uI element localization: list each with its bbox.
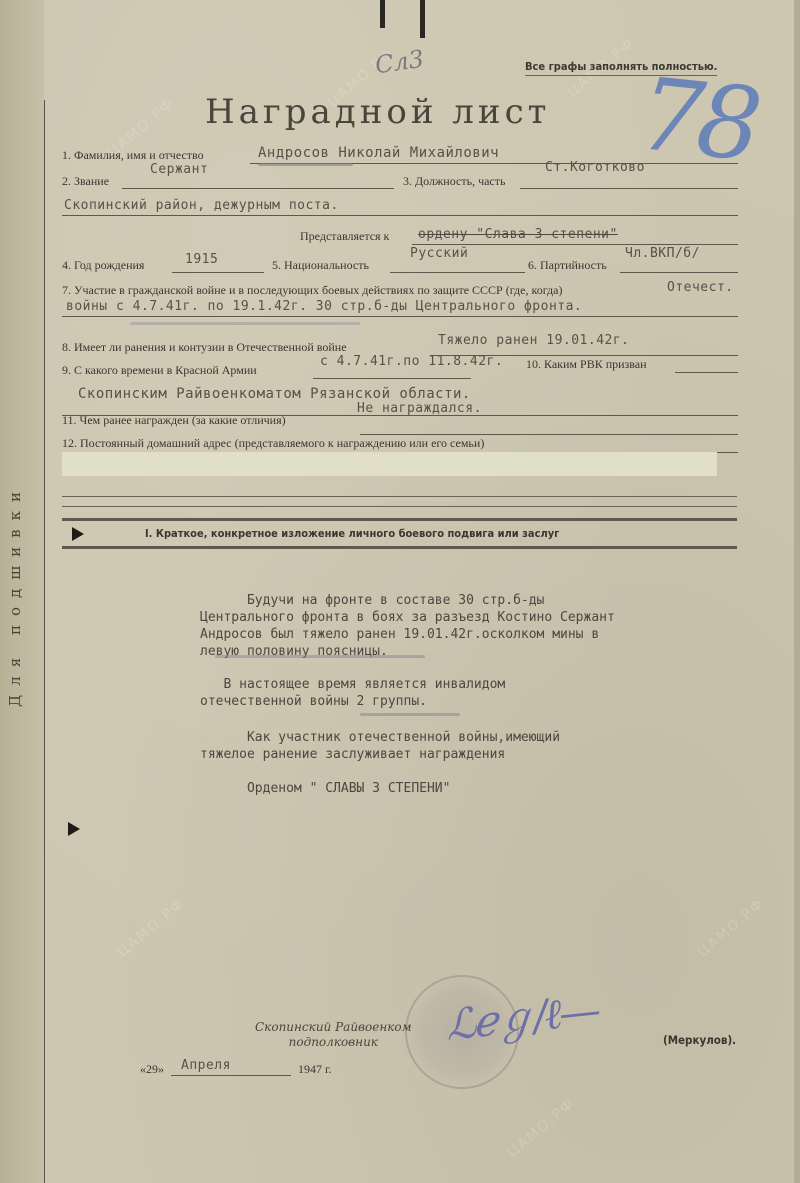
citation-paragraph-4: Орденом " СЛАВЫ 3 СТЕПЕНИ": [200, 780, 450, 797]
pencil-underline: [258, 163, 353, 166]
field-label: 6. Партийность: [528, 258, 607, 272]
citation-paragraph-3: Как участник отечественной войны,имеющий…: [200, 729, 560, 763]
field-label: 7. Участие в гражданской войне и в после…: [62, 283, 562, 297]
citation-paragraph-1: Будучи на фронте в составе 30 стр.б-ды Ц…: [200, 592, 615, 660]
document-title: Наградной лист: [205, 92, 550, 132]
signer-title: Скопинский Райвоенком подполковник: [255, 1020, 412, 1050]
rvk-value: Скопинским Райвоенкоматом Рязанской обла…: [78, 386, 471, 402]
combat-participation-value-1: Отечест.: [667, 280, 734, 295]
field-nationality: 5. Национальность: [272, 258, 369, 273]
date-year: 1947 г.: [298, 1062, 332, 1076]
award-sheet-page: Для подшивки ЦАМО.РФ ЦАМО.РФ ЦАМО.РФ ЦАМ…: [0, 0, 800, 1183]
birth-year-value: 1915: [185, 252, 218, 267]
page-edge: [794, 0, 800, 1183]
field-label: 1. Фамилия, имя и отчество: [62, 148, 204, 162]
field-label: 11. Чем ранее награжден (за какие отличи…: [62, 413, 286, 427]
field-label: 12. Постоянный домашний адрес (представл…: [62, 436, 484, 450]
field-wounds: 8. Имеет ли ранения и контузии в Отечест…: [62, 340, 347, 355]
field-combat-participation: 7. Участие в гражданской войне и в после…: [62, 283, 562, 298]
citation-paragraph-2: В настоящее время является инвалидом оте…: [200, 676, 505, 710]
field-label: 5. Национальность: [272, 258, 369, 272]
date-month-line: Апреля: [171, 1060, 291, 1076]
field-birth-year: 4. Год рождения: [62, 258, 144, 273]
section-rule-top: [62, 518, 737, 521]
pencil-underline: [215, 655, 425, 658]
rank-value: Сержант: [150, 162, 208, 177]
field-red-army-since: 9. С какого времени в Красной Армии: [62, 363, 257, 378]
field-rvk: 10. Каким РВК призван: [526, 357, 647, 372]
signer-title-line-2: подполковник: [255, 1035, 412, 1050]
previous-awards-line: [360, 418, 738, 435]
date-line: «29» Апреля 1947 г.: [140, 1062, 332, 1078]
nationality-value: Русский: [410, 246, 468, 261]
punch-hole-mark: [68, 822, 80, 836]
watermark: ЦАМО.РФ: [505, 1095, 578, 1160]
divider: [62, 496, 737, 497]
field-party: 6. Партийность: [528, 258, 607, 273]
presented-value: ордену "Слава 3 степени": [418, 227, 618, 242]
field-label: 3. Должность, часть: [403, 174, 505, 188]
redacted-address: [62, 452, 717, 476]
section-rule-bottom: [62, 546, 737, 549]
signer-title-line-1: Скопинский Райвоенком: [255, 1020, 412, 1035]
field-position: 3. Должность, часть: [403, 174, 505, 189]
previous-awards-value: Не награждался.: [357, 401, 482, 416]
red-army-since-value: с 4.7.41г.по 11.8.42г.: [320, 354, 503, 369]
rvk-line: [675, 356, 738, 373]
binding-clip-marks: [380, 0, 440, 40]
binding-label: Для подшивки: [6, 450, 34, 740]
signer-name: (Меркулов).: [663, 1033, 736, 1047]
combat-participation-value-2: войны с 4.7.41г. по 19.1.42г. 30 стр.б-д…: [66, 299, 582, 314]
pencil-annotation: Сл3: [373, 45, 425, 80]
position-continuation-value: Скопинский район, дежурным поста.: [64, 198, 339, 213]
presented-to: Представляется к: [300, 229, 389, 244]
section-header: I. Краткое, конкретное изложение личного…: [145, 527, 559, 540]
field-label: 2. Звание: [62, 174, 109, 188]
field-label: 10. Каким РВК призван: [526, 357, 647, 371]
punch-hole-mark: [72, 527, 84, 541]
field-home-address: 12. Постоянный домашний адрес (представл…: [62, 436, 484, 451]
field-label: 4. Год рождения: [62, 258, 144, 272]
pencil-underline: [130, 322, 360, 325]
position-value: Ст.Коготково: [545, 160, 645, 175]
home-address-line: [568, 436, 738, 453]
date-day: «29»: [140, 1062, 164, 1076]
margin-rule: [44, 100, 45, 1183]
date-month: Апреля: [181, 1058, 231, 1073]
field-label: Представляется к: [300, 229, 389, 243]
field-full-name: 1. Фамилия, имя и отчество: [62, 148, 204, 163]
field-previous-awards: 11. Чем ранее награжден (за какие отличи…: [62, 413, 286, 428]
full-name-value: Андросов Николай Михайлович: [258, 145, 499, 161]
watermark: ЦАМО.РФ: [695, 895, 768, 960]
watermark: ЦАМО.РФ: [115, 895, 188, 960]
field-label: 8. Имеет ли ранения и контузии в Отечест…: [62, 340, 347, 354]
field-label: 9. С какого времени в Красной Армии: [62, 363, 257, 377]
party-value: Чл.ВКП/б/: [625, 246, 700, 261]
pencil-underline: [360, 713, 460, 716]
wounds-value: Тяжело ранен 19.01.42г.: [438, 333, 630, 348]
divider: [62, 506, 737, 507]
field-rank: 2. Звание: [62, 174, 109, 189]
